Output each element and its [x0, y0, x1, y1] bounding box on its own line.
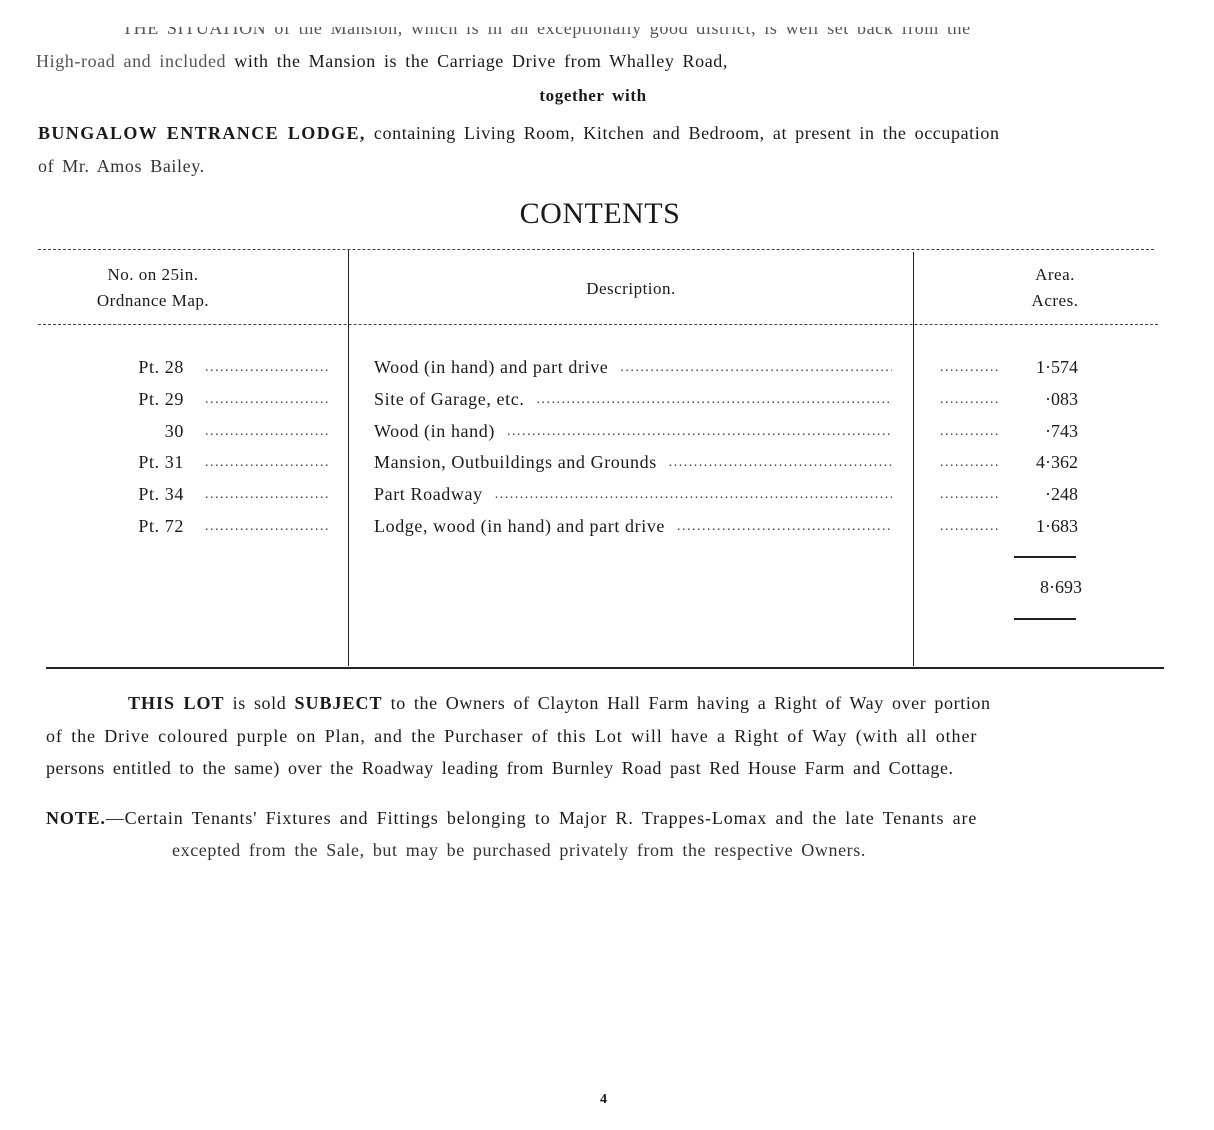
header-map-number: No. on 25in. Ordnance Map. — [38, 262, 268, 314]
area-value: 1·574 — [998, 357, 1078, 378]
page-number: 4 — [600, 1092, 607, 1108]
note-label: NOTE. — [46, 808, 106, 828]
total-top-rule — [1014, 556, 1076, 558]
leader-dots: ........................................ — [205, 519, 329, 535]
map-number: Pt. 28 — [80, 357, 184, 378]
leader-dots: ........................................ — [205, 455, 329, 471]
note-text-1: —Certain Tenants' Fixtures and Fittings … — [106, 808, 977, 828]
description-cell: Lodge, wood (in hand) and part drive....… — [374, 516, 892, 537]
table-top-rule — [38, 249, 1154, 250]
conditions-line-2: of the Drive coloured purple on Plan, an… — [46, 726, 977, 747]
area-value: 4·362 — [998, 452, 1078, 473]
area-value: 1·683 — [998, 516, 1078, 537]
leader-dots: ........................................ — [205, 424, 329, 440]
table-bottom-rule — [46, 667, 1164, 669]
lodge-occupant: of Mr. Amos Bailey. — [38, 156, 205, 177]
description-cell: Mansion, Outbuildings and Grounds.......… — [374, 452, 892, 473]
leader-dots: .................... — [940, 424, 1000, 440]
leader-dots: ........................................… — [669, 452, 892, 473]
map-number: 30 — [80, 421, 184, 442]
description-cell: Part Roadway............................… — [374, 484, 892, 505]
this-lot-label: THIS LOT — [128, 693, 225, 713]
header-description: Description. — [350, 276, 912, 302]
description-text: Wood (in hand) and part drive — [374, 357, 620, 378]
leader-dots: ........................................… — [620, 357, 892, 378]
leader-dots: .................... — [940, 392, 1000, 408]
map-number: Pt. 31 — [80, 452, 184, 473]
map-number: Pt. 34 — [80, 484, 184, 505]
note-line-1: NOTE.—Certain Tenants' Fixtures and Fitt… — [46, 808, 977, 829]
description-text: Site of Garage, etc. — [374, 389, 536, 410]
intro-line-2-plain: High-road and included — [36, 51, 234, 71]
intro-line-2: High-road and included with the Mansion … — [36, 51, 728, 72]
leader-dots: .................... — [940, 487, 1000, 503]
description-text: Part Roadway — [374, 484, 495, 505]
note-line-2: excepted from the Sale, but may be purch… — [172, 840, 866, 861]
conditions-line-1: THIS LOT is sold SUBJECT to the Owners o… — [128, 693, 991, 714]
header-bottom-rule — [38, 324, 1158, 325]
conditions-text-2: to the Owners of Clayton Hall Farm havin… — [383, 693, 991, 713]
header-area-line-2: Acres. — [990, 288, 1120, 314]
column-divider-2 — [913, 252, 914, 666]
leader-dots: ........................................… — [536, 389, 892, 410]
conditions-text-1: is sold — [225, 693, 295, 713]
description-cell: Wood (in hand) and part drive...........… — [374, 357, 892, 378]
total-area: 8·693 — [1002, 577, 1082, 598]
area-value: ·083 — [998, 389, 1078, 410]
area-value: ·743 — [998, 421, 1078, 442]
subject-label: SUBJECT — [294, 693, 382, 713]
leader-dots: .................... — [940, 360, 1000, 376]
leader-dots: ........................................ — [205, 392, 329, 408]
description-cell: Wood (in hand)..........................… — [374, 421, 892, 442]
description-text: Mansion, Outbuildings and Grounds — [374, 452, 669, 473]
contents-title: CONTENTS — [0, 197, 1200, 231]
conditions-line-3: persons entitled to the same) over the R… — [46, 758, 954, 779]
description-cell: Site of Garage, etc.....................… — [374, 389, 892, 410]
header-map-number-line-1: No. on 25in. — [38, 262, 268, 288]
column-divider-1 — [348, 250, 349, 666]
lodge-paragraph: BUNGALOW ENTRANCE LODGE, containing Livi… — [38, 123, 1000, 144]
leader-dots: .................... — [940, 455, 1000, 471]
leader-dots: ........................................ — [205, 487, 329, 503]
lodge-title: BUNGALOW ENTRANCE LODGE, — [38, 123, 366, 143]
header-area: Area. Acres. — [990, 262, 1120, 314]
header-area-line-1: Area. — [990, 262, 1120, 288]
lodge-description: containing Living Room, Kitchen and Bedr… — [366, 123, 1000, 143]
map-number: Pt. 72 — [80, 516, 184, 537]
area-value: ·248 — [998, 484, 1078, 505]
total-bottom-rule — [1014, 618, 1076, 620]
header-map-number-line-2: Ordnance Map. — [38, 288, 268, 314]
map-number: Pt. 29 — [80, 389, 184, 410]
together-with-label: together with — [0, 86, 1186, 106]
leader-dots: ........................................… — [677, 516, 892, 537]
page-top-crop — [0, 16, 1214, 27]
description-text: Lodge, wood (in hand) and part drive — [374, 516, 677, 537]
description-text: Wood (in hand) — [374, 421, 507, 442]
intro-line-2-emph: with the Mansion is the Carriage Drive f… — [234, 51, 728, 71]
leader-dots: ........................................… — [495, 484, 892, 505]
leader-dots: ........................................… — [507, 421, 892, 442]
leader-dots: ........................................ — [205, 360, 329, 376]
leader-dots: .................... — [940, 519, 1000, 535]
